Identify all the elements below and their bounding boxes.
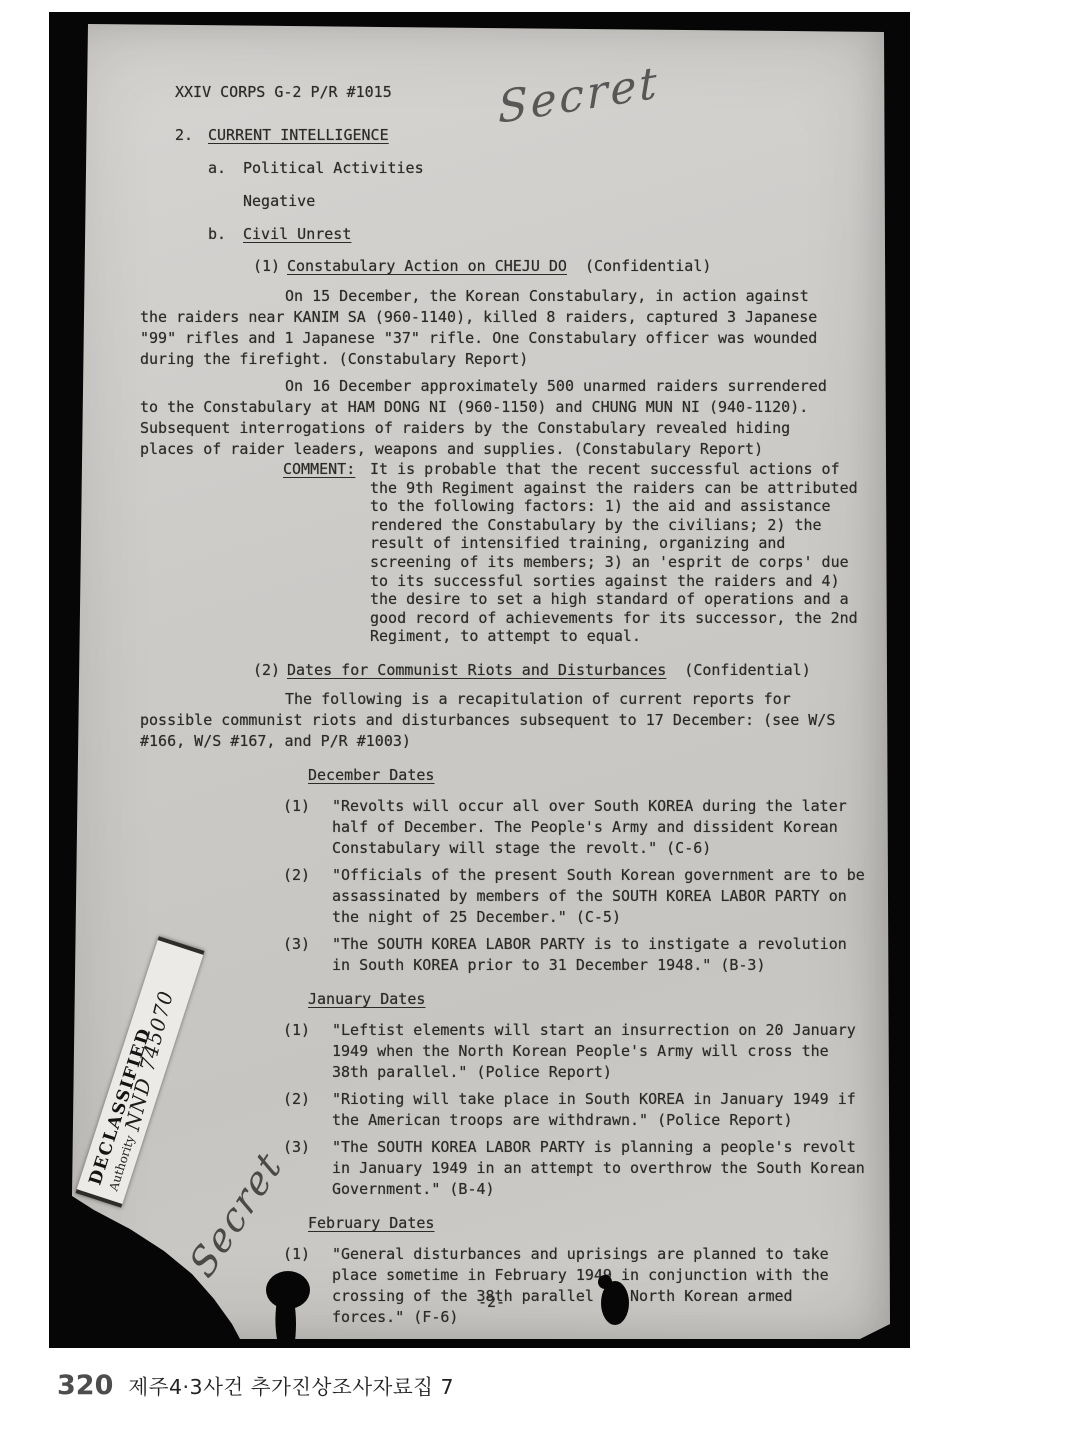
subsection-letter: b. — [208, 224, 226, 245]
book-caption: 320 제주4·3사건 추가진상조사자료집 7 — [57, 1370, 454, 1401]
subsection-political-activities: a. Political Activities — [64, 158, 892, 179]
entry-number: (3) — [283, 934, 310, 976]
report-entry: (2) "Rioting will take place in South KO… — [283, 1089, 892, 1131]
item2-title: Dates for Communist Riots and Disturbanc… — [287, 660, 666, 681]
entry-text: "General disturbances and uprisings are … — [332, 1244, 868, 1328]
item1-paragraph-1: On 15 December, the Korean Constabulary,… — [140, 286, 840, 370]
subsection-civil-unrest: b. Civil Unrest — [64, 224, 892, 245]
report-header: XXIV CORPS G-2 P/R #1015 — [64, 82, 892, 103]
entry-text: "The SOUTH KOREA LABOR PARTY is planning… — [332, 1137, 868, 1200]
entry-text: "Revolts will occur all over South KOREA… — [332, 796, 868, 859]
entry-number: (1) — [283, 1244, 310, 1328]
entry-text: "The SOUTH KOREA LABOR PARTY is to insti… — [332, 934, 868, 976]
item2-heading: (2) Dates for Communist Riots and Distur… — [64, 660, 892, 681]
december-dates-group: December Dates (1) "Revolts will occur a… — [64, 765, 892, 976]
entry-text: "Officials of the present South Korean g… — [332, 865, 868, 928]
group-heading: December Dates — [64, 765, 892, 786]
document-photo: XXIV CORPS G-2 P/R #1015 2. CURRENT INTE… — [49, 12, 910, 1348]
entry-number: (1) — [283, 1020, 310, 1083]
comment-text: It is probable that the recent successfu… — [370, 460, 870, 646]
subsection-title: Civil Unrest — [243, 224, 351, 245]
entry-number: (2) — [283, 865, 310, 928]
entry-number: (1) — [283, 796, 310, 859]
report-entry: (3) "The SOUTH KOREA LABOR PARTY is plan… — [283, 1137, 892, 1200]
entry-number: (2) — [283, 1089, 310, 1131]
comment-label: COMMENT: — [283, 460, 357, 646]
document-page: XXIV CORPS G-2 P/R #1015 2. CURRENT INTE… — [64, 24, 892, 1340]
subsection-title: Political Activities — [243, 158, 424, 179]
item1-heading: (1) Constabulary Action on CHEJU DO (Con… — [64, 256, 892, 277]
subsection-letter: a. — [208, 158, 226, 179]
item2-number: (2) — [253, 660, 280, 681]
report-entry: (1) "General disturbances and uprisings … — [283, 1244, 892, 1328]
report-entry: (1) "Leftist elements will start an insu… — [283, 1020, 892, 1083]
comment-block: COMMENT: It is probable that the recent … — [283, 460, 892, 646]
item2-classification: (Confidential) — [684, 660, 810, 681]
section-number: 2. — [175, 125, 193, 146]
group-heading: February Dates — [64, 1213, 892, 1234]
item1-title: Constabulary Action on CHEJU DO — [287, 256, 567, 277]
book-page-number: 320 — [57, 1370, 113, 1401]
political-activities-body: Negative — [64, 191, 892, 212]
report-entry: (2) "Officials of the present South Kore… — [283, 865, 892, 928]
entry-text: "Rioting will take place in South KOREA … — [332, 1089, 868, 1131]
january-dates-group: January Dates (1) "Leftist elements will… — [64, 989, 892, 1200]
item1-classification: (Confidential) — [585, 256, 711, 277]
section-current-intelligence: 2. CURRENT INTELLIGENCE — [64, 125, 892, 146]
item2-intro: The following is a recapitulation of cur… — [140, 689, 840, 752]
item1-paragraph-2: On 16 December approximately 500 unarmed… — [140, 376, 840, 460]
book-title: 제주4·3사건 추가진상조사자료집 7 — [128, 1370, 454, 1400]
report-entry: (3) "The SOUTH KOREA LABOR PARTY is to i… — [283, 934, 892, 976]
entry-text: "Leftist elements will start an insurrec… — [332, 1020, 868, 1083]
item1-number: (1) — [253, 256, 280, 277]
section-title: CURRENT INTELLIGENCE — [208, 125, 389, 146]
report-entry: (1) "Revolts will occur all over South K… — [283, 796, 892, 859]
page-number: -2- — [478, 1292, 505, 1313]
typed-content: XXIV CORPS G-2 P/R #1015 2. CURRENT INTE… — [64, 24, 892, 1340]
